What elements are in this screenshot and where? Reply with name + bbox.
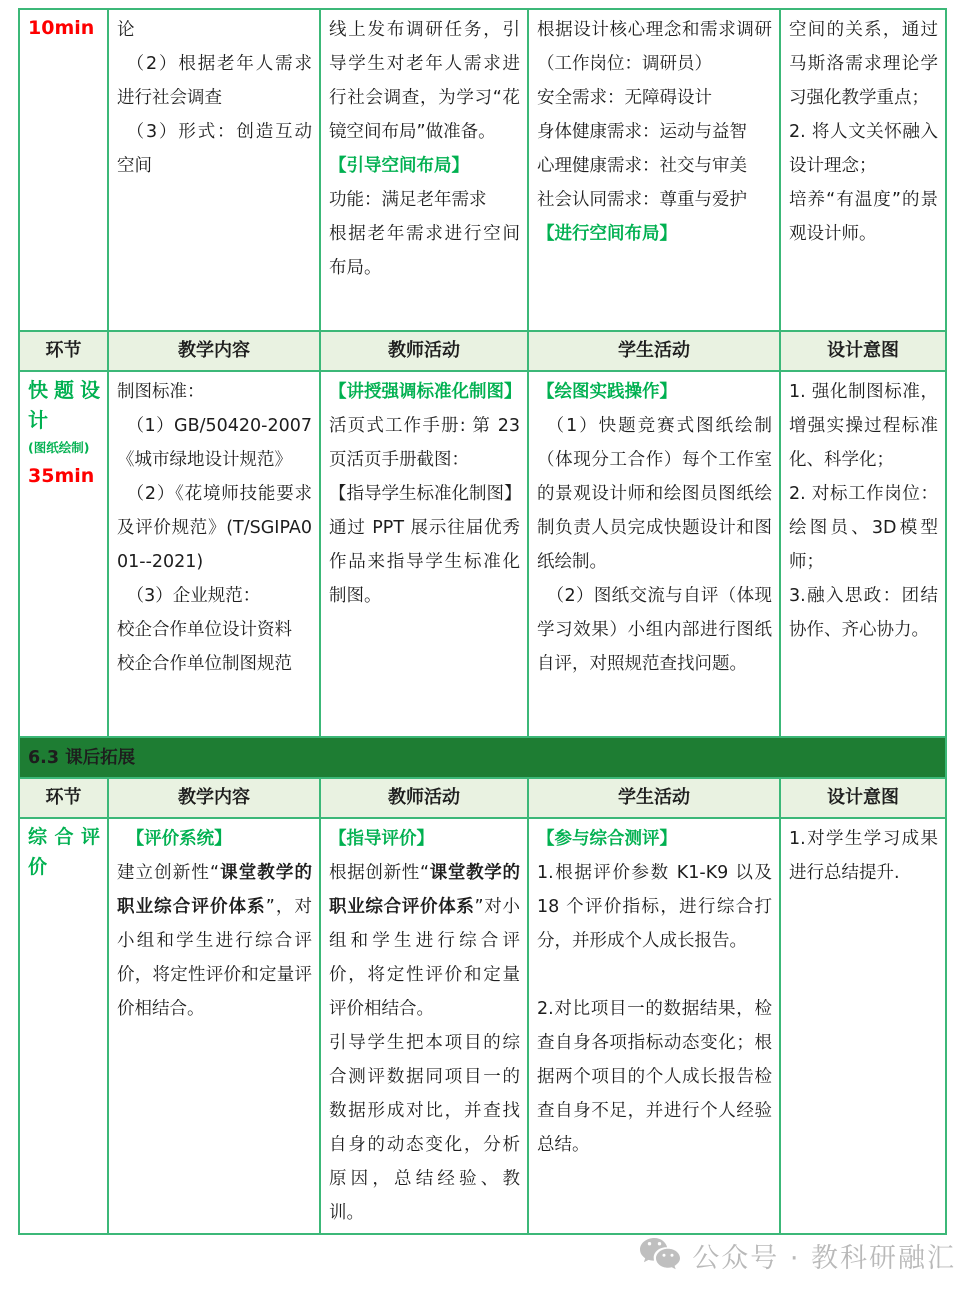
header-row: 环节 教学内容 教师活动 学生活动 设计意图	[19, 778, 946, 818]
paragraph: 校企合作单位制图规范	[117, 647, 312, 681]
paragraph: 建立创新性“课堂教学的职业综合评价体系”，对小组和学生进行综合评价，将定性评价和…	[117, 856, 312, 1026]
header-cell-student: 学生活动	[528, 331, 780, 371]
page: 10min 论 （2）根据老年人需求进行社会调查 （3）形式：创造互动空间 线上…	[0, 0, 962, 1294]
content-cell: 论 （2）根据老年人需求进行社会调查 （3）形式：创造互动空间	[108, 9, 320, 331]
green-heading: 【讲授强调标准化制图】	[329, 375, 520, 409]
paragraph: 2. 将人文关怀融入设计理念；	[789, 115, 938, 183]
paragraph: 社会认同需求：尊重与爱护	[537, 183, 772, 217]
green-heading: 【参与综合测评】	[537, 822, 772, 856]
paragraph: 【指导学生标准化制图】	[329, 477, 520, 511]
paragraph: 1. 强化制图标准，增强实操过程标准化、科学化；	[789, 375, 938, 477]
green-heading: 【引导空间布局】	[329, 149, 520, 183]
paragraph: （3）企业规范：	[117, 579, 312, 613]
intent-cell: 1.对学生学习成果进行总结提升.	[780, 818, 946, 1234]
header-cell-content: 教学内容	[108, 778, 320, 818]
lesson-plan-table: 10min 论 （2）根据老年人需求进行社会调查 （3）形式：创造互动空间 线上…	[18, 8, 947, 1235]
paragraph: （2）图纸交流与自评（体现学习效果）小组内部进行图纸自评，对照规范查找问题。	[537, 579, 772, 681]
row-comprehensive-evaluation: 综合评价 【评价系统】 建立创新性“课堂教学的职业综合评价体系”，对小组和学生进…	[19, 818, 946, 1234]
header-cell-intent: 设计意图	[780, 331, 946, 371]
green-heading: 【绘图实践操作】	[537, 375, 772, 409]
row-sketch-design: 快题设计 (图纸绘制) 35min 制图标准： （1）GB/50420-2007…	[19, 371, 946, 737]
paragraph: （1）GB/50420-2007《城市绿地设计规范》	[117, 409, 312, 477]
student-cell: 根据设计核心理念和需求调研（工作岗位：调研员） 安全需求：无障碍设计 身体健康需…	[528, 9, 780, 331]
paragraph: 空间的关系，通过马斯洛需求理论学习强化教学重点；	[789, 13, 938, 115]
header-cell-teacher: 教师活动	[320, 331, 528, 371]
header-cell-stage: 环节	[19, 331, 108, 371]
paragraph: 培养“有温度”的景观设计师。	[789, 183, 938, 251]
intent-cell: 1. 强化制图标准，增强实操过程标准化、科学化； 2. 对标工作岗位：绘图员、3…	[780, 371, 946, 737]
wechat-icon	[638, 1237, 682, 1275]
stage-title: 综合评价	[28, 822, 100, 882]
paragraph: 制图标准：	[117, 375, 312, 409]
header-cell-content: 教学内容	[108, 331, 320, 371]
header-cell-student: 学生活动	[528, 778, 780, 818]
stage-time-label: 35min	[28, 461, 100, 491]
paragraph: 心理健康需求：社交与审美	[537, 149, 772, 183]
header-cell-intent: 设计意图	[780, 778, 946, 818]
paragraph: 功能：满足老年需求	[329, 183, 520, 217]
row-continuation: 10min 论 （2）根据老年人需求进行社会调查 （3）形式：创造互动空间 线上…	[19, 9, 946, 331]
paragraph: 安全需求：无障碍设计	[537, 81, 772, 115]
teacher-cell: 线上发布调研任务，引导学生对老年人需求进行社会调查，为学习“花镜空间布局”做准备…	[320, 9, 528, 331]
student-cell: 【绘图实践操作】 （1）快题竞赛式图纸绘制（体现分工合作）每个工作室的景观设计师…	[528, 371, 780, 737]
green-heading: 【指导评价】	[329, 822, 520, 856]
green-heading: 【评价系统】	[117, 822, 312, 856]
paragraph: 校企合作单位设计资料	[117, 613, 312, 647]
stage-cell: 综合评价	[19, 818, 108, 1234]
header-cell-teacher: 教师活动	[320, 778, 528, 818]
stage-cell: 快题设计 (图纸绘制) 35min	[19, 371, 108, 737]
header-row: 环节 教学内容 教师活动 学生活动 设计意图	[19, 331, 946, 371]
paragraph: 通过 PPT 展示往届优秀作品来指导学生标准化制图。	[329, 511, 520, 613]
intent-cell: 空间的关系，通过马斯洛需求理论学习强化教学重点； 2. 将人文关怀融入设计理念；…	[780, 9, 946, 331]
paragraph: 3.融入思政：团结协作、齐心协力。	[789, 579, 938, 647]
watermark-label: 公众号 · 教科研融汇	[692, 1236, 956, 1275]
paragraph: 2.对比项目一的数据结果，检查自身各项指标动态变化；根据两个项目的个人成长报告检…	[537, 992, 772, 1162]
teacher-cell: 【讲授强调标准化制图】 活页式工作手册: 第 23 页活页手册截图： 【指导学生…	[320, 371, 528, 737]
paragraph: 线上发布调研任务，引导学生对老年人需求进行社会调查，为学习“花镜空间布局”做准备…	[329, 13, 520, 149]
stage-time-label: 10min	[28, 13, 100, 43]
paragraph: （3）形式：创造互动空间	[117, 115, 312, 183]
paragraph: 1.根据评价参数 K1-K9 以及 18 个评价指标，进行综合打分，并形成个人成…	[537, 856, 772, 958]
paragraph: 1.对学生学习成果进行总结提升.	[789, 822, 938, 890]
paragraph: （1）快题竞赛式图纸绘制（体现分工合作）每个工作室的景观设计师和绘图员图纸绘制负…	[537, 409, 772, 579]
stage-cell: 10min	[19, 9, 108, 331]
paragraph: （2）根据老年人需求进行社会调查	[117, 47, 312, 115]
paragraph: 根据老年需求进行空间布局。	[329, 217, 520, 285]
teacher-cell: 【指导评价】 根据创新性“课堂教学的职业综合评价体系”对小组和学生进行综合评价，…	[320, 818, 528, 1234]
header-cell-stage: 环节	[19, 778, 108, 818]
stage-subtitle: (图纸绘制)	[28, 435, 100, 461]
green-heading: 【进行空间布局】	[537, 217, 772, 251]
paragraph: 身体健康需求：运动与益智	[537, 115, 772, 149]
student-cell: 【参与综合测评】 1.根据评价参数 K1-K9 以及 18 个评价指标，进行综合…	[528, 818, 780, 1234]
paragraph: 活页式工作手册: 第 23 页活页手册截图：	[329, 409, 520, 477]
paragraph: （2）《花境师技能要求及评价规范》(T/SGIPA001--2021)	[117, 477, 312, 579]
paragraph: 2. 对标工作岗位：绘图员、3D模型师；	[789, 477, 938, 579]
paragraph: 根据创新性“课堂教学的职业综合评价体系”对小组和学生进行综合评价，将定性评价和定…	[329, 856, 520, 1026]
content-cell: 【评价系统】 建立创新性“课堂教学的职业综合评价体系”，对小组和学生进行综合评价…	[108, 818, 320, 1234]
section-banner-row: 6.3 课后拓展	[19, 737, 946, 778]
stage-title: 快题设计	[28, 375, 100, 435]
content-cell: 制图标准： （1）GB/50420-2007《城市绿地设计规范》 （2）《花境师…	[108, 371, 320, 737]
text-run: 根据创新性“	[329, 863, 429, 883]
paragraph: 论	[117, 13, 312, 47]
paragraph: 引导学生把本项目的综合测评数据同项目一的数据形成对比，并查找自身的动态变化，分析…	[329, 1026, 520, 1230]
section-banner: 6.3 课后拓展	[19, 737, 946, 778]
watermark: 公众号 · 教科研融汇	[638, 1236, 956, 1275]
text-run: 建立创新性“	[117, 863, 219, 883]
paragraph: 根据设计核心理念和需求调研（工作岗位：调研员）	[537, 13, 772, 81]
